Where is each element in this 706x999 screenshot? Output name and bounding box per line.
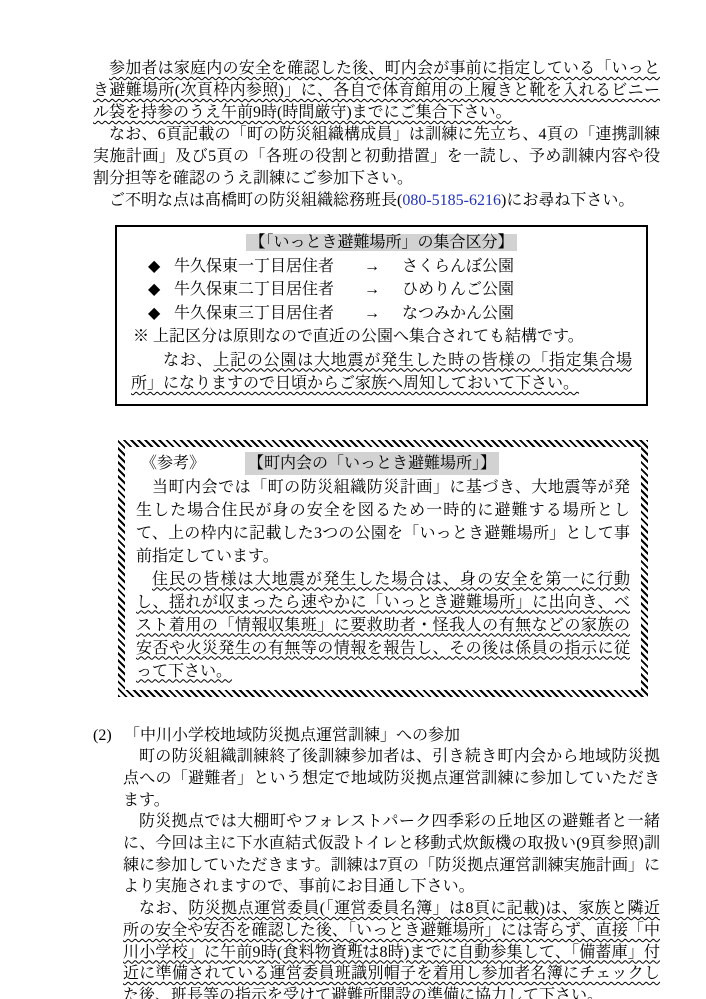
section-2-paragraph-participation: 町の防災組織訓練終了後訓練参加者は、引き続き町内会から地域防災拠点への「避難者」… [123, 746, 660, 811]
intro-paragraph-contact: ご不明な点は髙橋町の防災組織総務班長(080-5185-6216)にお尋ね下さい… [93, 190, 660, 212]
reference-label: 《参考》 [141, 452, 205, 475]
intro-paragraph-prereading: なお、6頁記載の「町の防災組織構成員」は訓練に先立ち、4頁の「連携訓練実施計画」… [93, 124, 660, 190]
document-body: 参加者は家庭内の安全を確認した後、町内会が事前に指定している「いっとき避難場所(… [0, 0, 706, 999]
park-name: なつみかん公園 [402, 302, 632, 326]
assembly-area-box-title: 【「いっとき避難場所」の集合区分】 [246, 234, 516, 251]
reference-box: 《参考》 【町内会の「いっとき避難場所」】 当町内会では「町の防災組織防災計画」… [118, 440, 648, 697]
park-assignment-row: ◆牛久保東一丁目居住者→さくらんぼ公園 [131, 255, 632, 279]
contact-text-post: )にお尋ね下さい。 [501, 192, 634, 209]
residence-area: 牛久保東三丁目居住者 [174, 302, 342, 326]
park-name: さくらんぼ公園 [402, 255, 632, 279]
diamond-bullet-icon: ◆ [148, 302, 174, 326]
arrow-icon: → [342, 302, 402, 326]
assembly-area-box-title-row: 【「いっとき避難場所」の集合区分】 [131, 231, 632, 255]
intro-paragraph-assembly: 参加者は家庭内の安全を確認した後、町内会が事前に指定している「いっとき避難場所(… [93, 58, 660, 124]
diamond-bullet-icon: ◆ [148, 255, 174, 279]
park-name: ひめりんご公園 [402, 278, 632, 302]
residence-area: 牛久保東二丁目居住者 [174, 278, 342, 302]
arrow-icon: → [342, 255, 402, 279]
contact-text-pre: ご不明な点は髙橋町の防災組織総務班長( [109, 192, 402, 209]
committee-prefix: なお、 [139, 900, 188, 917]
note-prefix: なお、 [163, 352, 213, 369]
section-2-heading: (2)「中川小学校地域防災拠点運営訓練」への参加 [93, 725, 660, 747]
section-2-number: (2) [93, 725, 124, 747]
diamond-bullet-icon: ◆ [148, 278, 174, 302]
section-2: (2)「中川小学校地域防災拠点運営訓練」への参加 町の防災組織訓練終了後訓練参加… [93, 725, 660, 999]
residence-area: 牛久保東一丁目居住者 [174, 255, 342, 279]
arrow-icon: → [342, 278, 402, 302]
assembly-box-note-principle: ※ 上記区分は原則なので直近の公園へ集合されても結構です。 [133, 325, 632, 349]
reference-paragraph-instructions: 住民の皆様は大地震が発生した場合は、身の安全を第一に行動し、揺れが収まったら速や… [136, 568, 630, 683]
assembly-area-box: 【「いっとき避難場所」の集合区分】 ◆牛久保東一丁目居住者→さくらんぼ公園 ◆牛… [115, 225, 648, 406]
assembly-box-note-family: なお、上記の公園は大地震が発生した時の皆様の「指定集合場所」になりますので日頃か… [131, 349, 632, 396]
park-assignment-row: ◆牛久保東三丁目居住者→なつみかん公園 [131, 302, 632, 326]
intro-paragraph-assembly-text: 参加者は家庭内の安全を確認した後、町内会が事前に指定している「いっとき避難場所(… [93, 60, 660, 121]
reference-box-header: 《参考》 【町内会の「いっとき避難場所」】 [136, 452, 630, 475]
section-2-heading-text: 「中川小学校地域防災拠点運営訓練」への参加 [124, 727, 460, 744]
reference-paragraph-designation: 当町内会では「町の防災組織防災計画」に基づき、大地震等が発生した場合住民が身の安… [136, 476, 630, 568]
phone-number-link[interactable]: 080-5185-6216 [402, 192, 501, 209]
reference-emphasis-text: 住民の皆様は大地震が発生した場合は、身の安全を第一に行動し、揺れが収まったら速や… [136, 571, 630, 680]
document-page: 参加者は家庭内の安全を確認した後、町内会が事前に指定している「いっとき避難場所(… [0, 0, 706, 999]
section-2-paragraph-training-detail: 防災拠点では大棚町やフォレストパーク四季彩の丘地区の避難者と一緒に、今回は主に下… [123, 811, 660, 898]
page-number: - 2 - [0, 939, 706, 955]
park-assignment-row: ◆牛久保東二丁目居住者→ひめりんご公園 [131, 278, 632, 302]
reference-box-title: 【町内会の「いっとき避難場所」】 [245, 452, 499, 475]
